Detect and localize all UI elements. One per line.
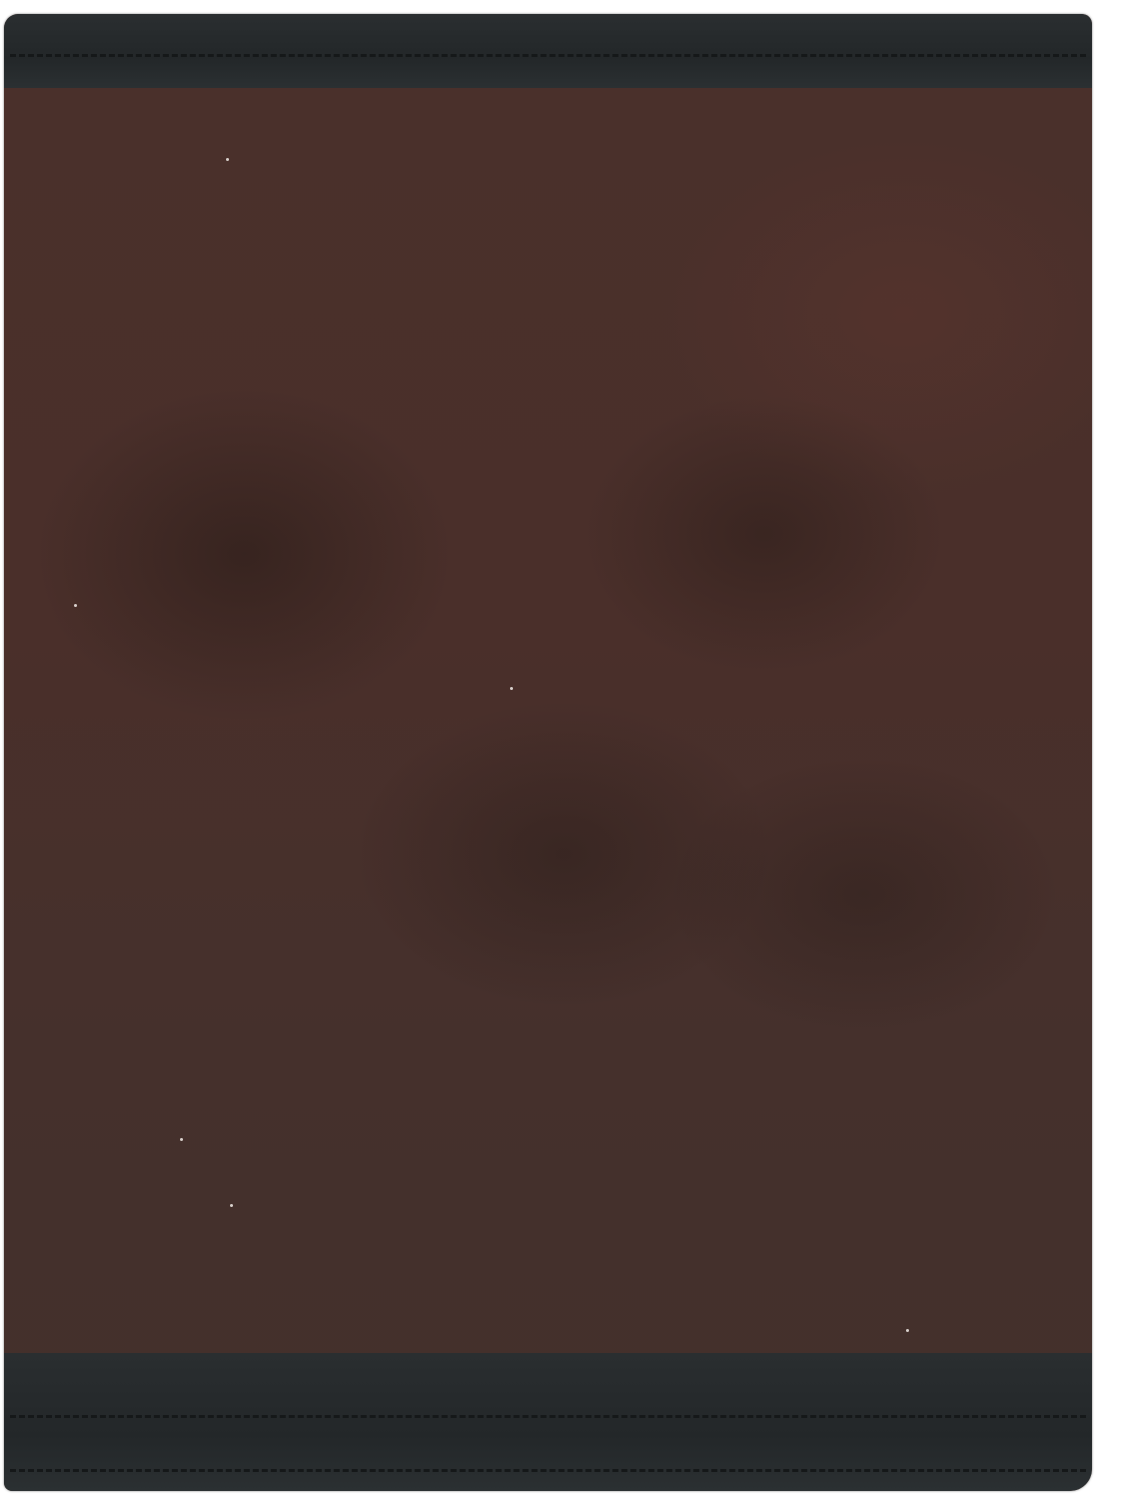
top-edge-trim (4, 14, 1092, 88)
leather-speck (906, 1329, 909, 1332)
bottom-stitch-line-upper (10, 1415, 1086, 1418)
wallet (4, 14, 1092, 1491)
bottom-stitch-line-lower (10, 1469, 1086, 1472)
bottom-edge-trim (4, 1353, 1092, 1491)
leather-speck (226, 158, 229, 161)
leather-speck (230, 1204, 233, 1207)
leather-speck (180, 1138, 183, 1141)
leather-speck (74, 604, 77, 607)
leather-speck (510, 687, 513, 690)
top-stitch-line (10, 54, 1086, 57)
